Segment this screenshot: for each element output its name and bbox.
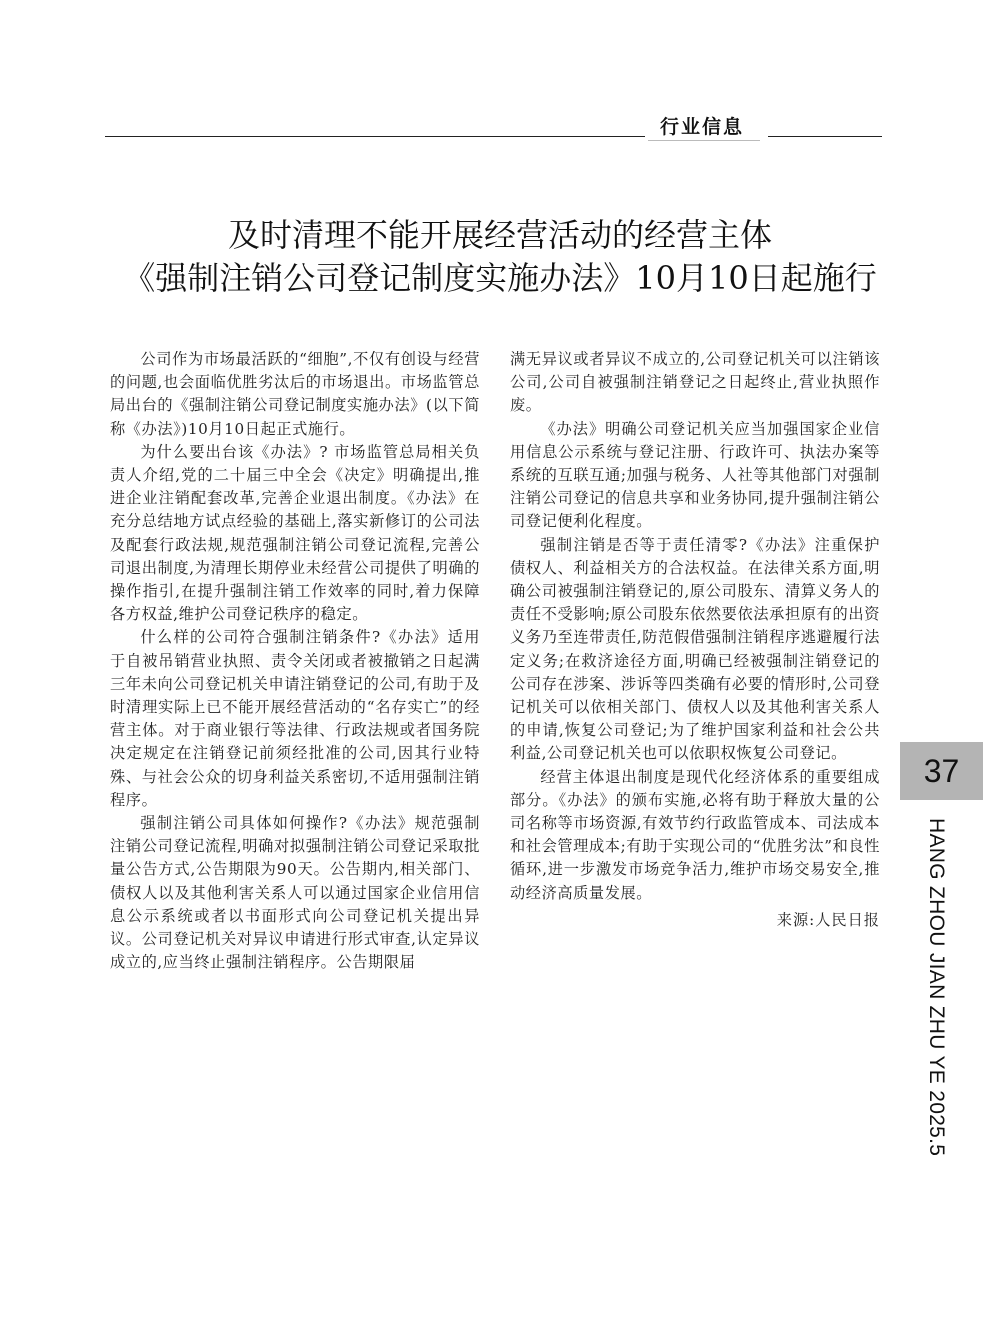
paragraph: 强制注销公司具体如何操作?《办法》规范强制注销公司登记流程,明确对拟强制注销公司… [110, 812, 480, 974]
article-left-column: 公司作为市场最活跃的“细胞”,不仅有创设与经营的问题,也会面临优胜劣汰后的市场退… [110, 348, 480, 974]
article-source: 来源:人民日报 [510, 909, 880, 932]
paragraph: 强制注销是否等于责任清零?《办法》注重保护债权人、利益相关方的合法权益。在法律关… [510, 534, 880, 766]
article-title-line-1: 及时清理不能开展经营活动的经营主体 [100, 215, 900, 255]
paragraph: 公司作为市场最活跃的“细胞”,不仅有创设与经营的问题,也会面临优胜劣汰后的市场退… [110, 348, 480, 441]
article-title-line-2: 《强制注销公司登记制度实施办法》10月10日起施行 [100, 258, 900, 298]
paragraph: 什么样的公司符合强制注销条件?《办法》适用于自被吊销营业执照、责令关闭或者被撤销… [110, 626, 480, 812]
paragraph-continued: 满无异议或者异议不成立的,公司登记机关可以注销该公司,公司自被强制注销登记之日起… [510, 348, 880, 418]
page-number: 37 [924, 753, 960, 790]
section-label: 行业信息 [660, 112, 744, 139]
journal-name-vertical: HANG ZHOU JIAN ZHU YE 2025.5 [924, 818, 948, 1156]
paragraph: 《办法》明确公司登记机关应当加强国家企业信用信息公示系统与登记注册、行政许可、执… [510, 418, 880, 534]
header-rule-under-label [648, 140, 760, 141]
paragraph: 经营主体退出制度是现代化经济体系的重要组成部分。《办法》的颁布实施,必将有助于释… [510, 766, 880, 905]
article-right-column: 满无异议或者异议不成立的,公司登记机关可以注销该公司,公司自被强制注销登记之日起… [510, 348, 880, 932]
paragraph: 为什么要出台该《办法》? 市场监管总局相关负责人介绍,党的二十届三中全会《决定》… [110, 441, 480, 627]
header-rule-right [768, 136, 882, 137]
header-rule-left [105, 136, 645, 137]
page-number-tab: 37 [900, 742, 983, 800]
